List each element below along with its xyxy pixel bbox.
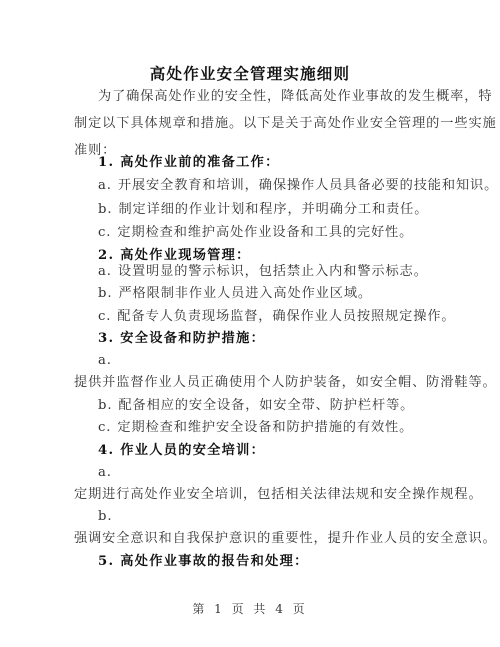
list-item: c.定期检查和维护高处作业设备和工具的完好性。 [98,225,413,241]
item-text: 配备专人负责现场监督，确保作业人员按照规定操作。 [117,309,455,324]
intro-line-2: 制定以下具体规章和措施。以下是关于高处作业安全管理的一些实施 [74,116,497,132]
item-text: 配备相应的安全设备，如安全带、防护栏杆等。 [118,398,414,413]
document-page: 高处作业安全管理实施细则 为了确保高处作业的安全性，降低高处作业事故的发生概率，… [0,0,500,647]
item-label: b. [98,398,112,413]
item-text: 定期检查和维护高处作业设备和工具的完好性。 [117,225,413,240]
intro-line-1: 为了确保高处作业的安全性，降低高处作业事故的发生概率，特 [98,89,492,105]
list-item: a.设置明显的警示标识，包括禁止入内和警示标志。 [98,264,428,280]
item-label: a. [98,465,112,481]
item-text: 制定详细的作业计划和程序，并明确分工和责任。 [118,202,428,217]
item-label: a. [98,178,112,193]
section-heading-4: 4. 作业人员的安全培训： [98,443,265,459]
item-label: b. [98,286,112,301]
list-item: b.配备相应的安全设备，如安全带、防护栏杆等。 [98,398,414,414]
list-item: c.定期检查和维护安全设备和防护措施的有效性。 [98,420,413,436]
item-text: 设置明显的警示标识，包括禁止入内和警示标志。 [118,264,428,279]
item-text: 定期进行高处作业安全培训，包括相关法律法规和安全操作规程。 [74,487,483,503]
item-text: 定期检查和维护安全设备和防护措施的有效性。 [117,420,413,435]
item-text: 严格限制非作业人员进入高处作业区域。 [118,286,372,301]
section-heading-3: 3. 安全设备和防护措施： [98,331,265,347]
item-text: 强调安全意识和自我保护意识的重要性，提升作业人员的安全意识。 [74,531,497,547]
list-item: b.严格限制非作业人员进入高处作业区域。 [98,286,372,302]
item-text: 提供并监督作业人员正确使用个人防护装备，如安全帽、防滑鞋等。 [74,375,497,391]
section-heading-1: 1. 高处作业前的准备工作： [98,155,280,171]
item-label: c. [98,309,111,324]
item-label: c. [98,420,111,435]
page-footer: 第 1 页 共 4 页 [0,600,500,617]
item-label: b. [98,509,112,525]
list-item: c.配备专人负责现场监督，确保作业人员按照规定操作。 [98,309,456,325]
item-label: b. [98,202,112,217]
section-heading-5: 5. 高处作业事故的报告和处理： [98,554,309,570]
list-item: b.制定详细的作业计划和程序，并明确分工和责任。 [98,202,428,218]
item-label: a. [98,353,112,369]
list-item: a.开展安全教育和培训，确保操作人员具备必要的技能和知识。 [98,178,498,194]
item-label: a. [98,264,112,279]
document-title: 高处作业安全管理实施细则 [0,62,500,84]
item-text: 开展安全教育和培训，确保操作人员具备必要的技能和知识。 [118,178,498,193]
section-heading-2: 2. 高处作业现场管理： [98,248,251,264]
item-label: c. [98,225,111,240]
